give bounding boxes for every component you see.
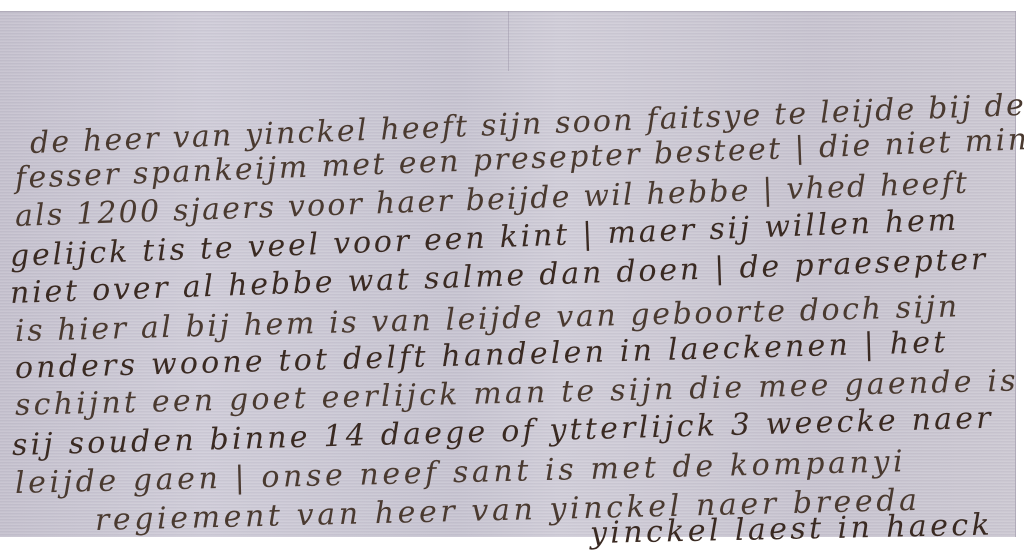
manuscript-page: de heer van yinckel heeft sijn soon fait… [0,11,1016,537]
paper-fold-line [508,11,509,71]
